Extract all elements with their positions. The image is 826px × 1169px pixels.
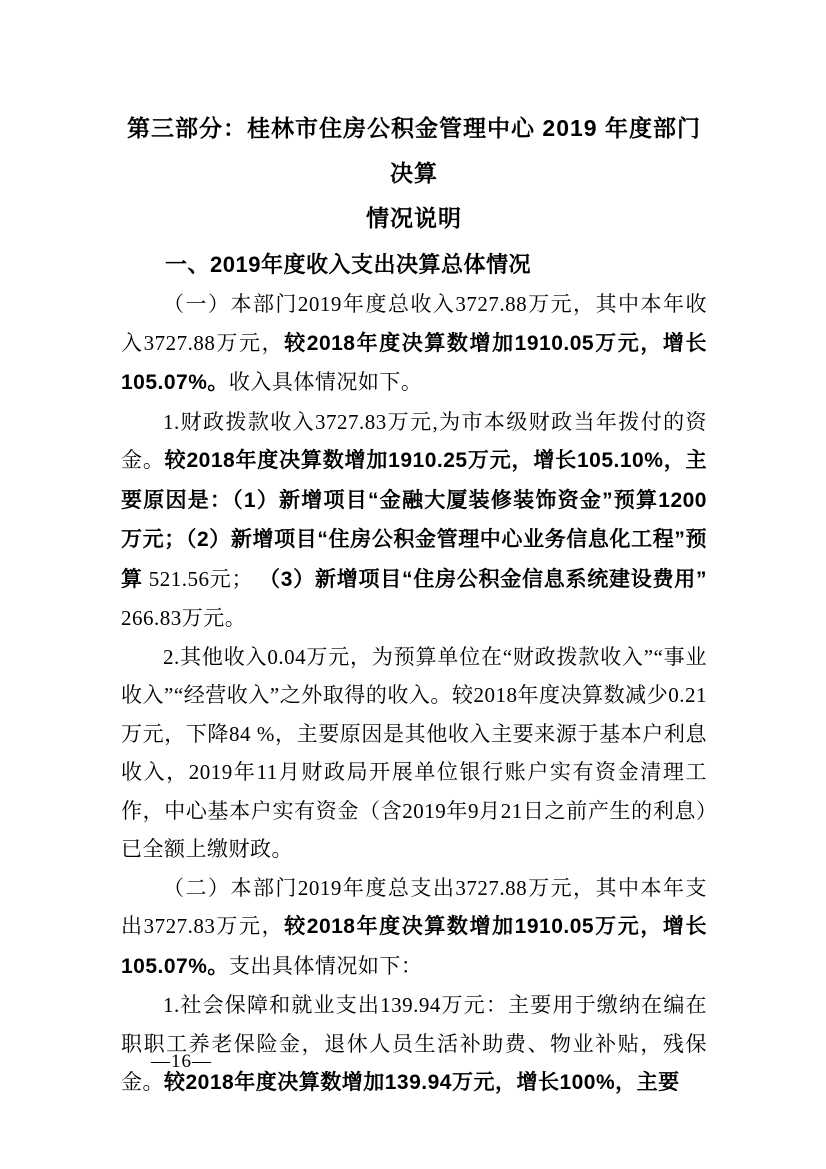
document-title-line-1: 第三部分：桂林市住房公积金管理中心 2019 年度部门决算 [121,106,707,196]
paragraph-other-income: 2.其他收入0.04万元，为预算单位在“财政拨款收入”“事业收入”“经营收入”之… [121,638,707,869]
text-run: 支出具体情况如下： [229,954,423,978]
paragraph-expenditure-total: （二）本部门2019年度总支出3727.88万元，其中本年支出3727.83万元… [121,869,707,987]
text-run-emphasis: （3）新增项目“住房公积金信息系统建设费用” [259,568,707,591]
text-run: 521.56元； [143,567,259,591]
text-run: 收入具体情况如下。 [229,370,423,394]
document-page: 第三部分：桂林市住房公积金管理中心 2019 年度部门决算 情况说明 一、201… [0,0,826,1169]
text-run: 266.83万元。 [121,606,246,630]
text-run-emphasis: 较2018年度决算数增加139.94万元，增长100%，主要 [164,1071,680,1094]
paragraph-income-total: （一）本部门2019年度总收入3727.88万元，其中本年收入3727.88万元… [121,285,707,403]
document-title-line-2: 情况说明 [121,196,707,241]
paragraph-fiscal-appropriation-income: 1.财政拨款收入3727.83万元,为市本级财政当年拨付的资金。较2018年度决… [121,403,707,638]
text-run: 2.其他收入0.04万元，为预算单位在“财政拨款收入”“事业收入”“经营收入”之… [121,645,707,862]
page-number: —16— [151,1051,212,1073]
section-heading-income-expenditure-overview: 一、2019年度收入支出决算总体情况 [121,245,707,285]
paragraph-social-security-expenditure: 1.社会保障和就业支出139.94万元：主要用于缴纳在编在职职工养老保险金，退休… [121,986,707,1103]
document-title: 第三部分：桂林市住房公积金管理中心 2019 年度部门决算 情况说明 [121,106,707,241]
